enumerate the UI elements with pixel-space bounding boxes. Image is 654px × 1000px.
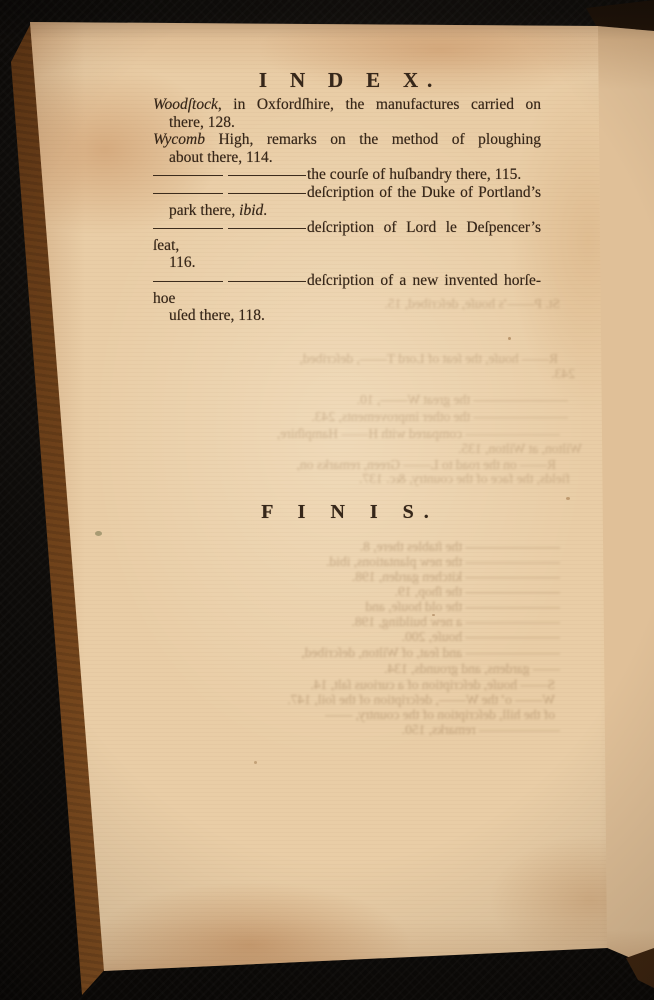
index-entry-line: deſcription of Lord le Deſpencer’s ſeat, <box>153 219 541 254</box>
index-entries: Woodſtock, in Oxfordſhire, the manufactu… <box>153 96 541 325</box>
showthrough-line: ——————— and ſeat, of Wilton, deſcribed, <box>150 645 560 660</box>
index-entry-text: Wycomb <box>153 131 205 148</box>
showthrough-line: ——————— a new building, 198. <box>150 614 560 629</box>
index-entry: the courſe of huſbandry there, 115. <box>153 166 541 184</box>
index-entry: Woodſtock, in Oxfordſhire, the manufactu… <box>153 96 541 131</box>
index-entry-line: deſcription of the Duke of Portland’s <box>153 184 541 202</box>
showthrough-line: ——————— kitchen garden, 198. <box>150 569 560 584</box>
index-entry-text: deſcription of Lord le Deſpencer’s ſeat, <box>153 219 541 254</box>
showthrough-line: ——————— the other improvements, 243. <box>158 409 568 424</box>
showthrough-line: W—— o’ the W——, deſcription of the ſoil,… <box>145 692 555 707</box>
paper-speck <box>95 531 102 536</box>
book-photograph: St. P——’s houſe, deſcribed, 15.R—— houſe… <box>0 0 654 1000</box>
index-entry: deſcription of Lord le Deſpencer’s ſeat,… <box>153 219 541 272</box>
showthrough-line: 243. <box>165 366 575 381</box>
showthrough-line: ——————— houſe, 200. <box>150 629 560 644</box>
index-dash-rule <box>153 193 223 194</box>
page-title: I N D E X. <box>150 68 550 93</box>
index-entry-text: Woodſtock <box>153 96 218 113</box>
index-entry-line: the courſe of huſbandry there, 115. <box>153 166 541 184</box>
showthrough-line: Wilton, at Wilton, 135. <box>172 441 582 456</box>
showthrough-line: R—— houſe, the ſeat of Lord T——, deſcrib… <box>148 351 558 366</box>
showthrough-line: —— gardens, and grounds, 134. <box>150 661 560 676</box>
showthrough-line: ——————— the old houſe, and <box>150 599 560 614</box>
index-entry-line: deſcription of a new invented horſe-hoe <box>153 272 541 307</box>
showthrough-line: —————— remarks, 150. <box>150 722 560 737</box>
index-dash-rule <box>228 193 306 194</box>
index-entry-text: High, remarks on the method of ploughing <box>205 131 541 148</box>
showthrough-line: fields, the face of the country, &c. 137… <box>160 471 570 486</box>
index-entry-line: uſed there, 118. <box>153 307 541 325</box>
index-entry-line: 116. <box>153 254 541 272</box>
index-entry: deſcription of the Duke of Portland’spar… <box>153 184 541 219</box>
index-entry-line: about there, 114. <box>153 149 541 167</box>
index-dash-rule <box>228 175 306 176</box>
showthrough-line: ——————— the ſtables there, 8. <box>150 539 560 554</box>
showthrough-line: of the hill, deſcription of the country,… <box>145 707 555 722</box>
index-entry: deſcription of a new invented horſe-hoeu… <box>153 272 541 325</box>
index-entry-text: ibid <box>239 202 263 219</box>
index-entry-text: . <box>263 202 267 219</box>
index-dash-rule <box>153 281 223 282</box>
showthrough-line: ——————— the great W——, 10. <box>158 392 568 407</box>
index-entry-line: Wycomb High, remarks on the method of pl… <box>153 131 541 149</box>
index-entry-text: deſcription of a new invented horſe-hoe <box>153 272 541 307</box>
index-entry-text: the courſe of huſbandry there, 115. <box>307 166 521 183</box>
paper-speck <box>254 761 257 764</box>
showthrough-line: ——————— compared with H—— Hampſhire, <box>150 426 560 441</box>
index-dash-rule <box>153 228 223 229</box>
paper-speck <box>432 614 435 616</box>
index-entry-text: park there, <box>169 202 239 219</box>
showthrough-line: ——————— the new plantations, ibid. <box>150 554 560 569</box>
index-dash-rule <box>228 281 306 282</box>
index-entry-text: about there, 114. <box>169 149 273 166</box>
paper-speck <box>508 337 511 340</box>
index-entry-line: Woodſtock, in Oxfordſhire, the manufactu… <box>153 96 541 114</box>
finis-label: F I N I S. <box>150 501 550 524</box>
index-entry: Wycomb High, remarks on the method of pl… <box>153 131 541 166</box>
index-entry-text: deſcription of the Duke of Portland’s <box>307 184 541 201</box>
index-dash-rule <box>228 228 306 229</box>
paper-speck <box>566 497 570 500</box>
index-entry-text: , in Oxfordſhire, the manufactures carri… <box>218 96 541 113</box>
index-entry-line: there, 128. <box>153 114 541 132</box>
showthrough-line: S—— houſe, deſcription of a curious ſalt… <box>145 677 555 692</box>
index-entry-text: there, 128. <box>169 114 235 131</box>
index-entry-text: 116. <box>169 254 196 271</box>
index-entry-line: park there, ibid. <box>153 202 541 220</box>
showthrough-line: ——————— the ſhop, 19. <box>150 584 560 599</box>
index-entry-text: uſed there, 118. <box>169 307 265 324</box>
index-dash-rule <box>153 175 223 176</box>
showthrough-line: R—— on the road to L—— Green, remarks on… <box>146 457 556 472</box>
